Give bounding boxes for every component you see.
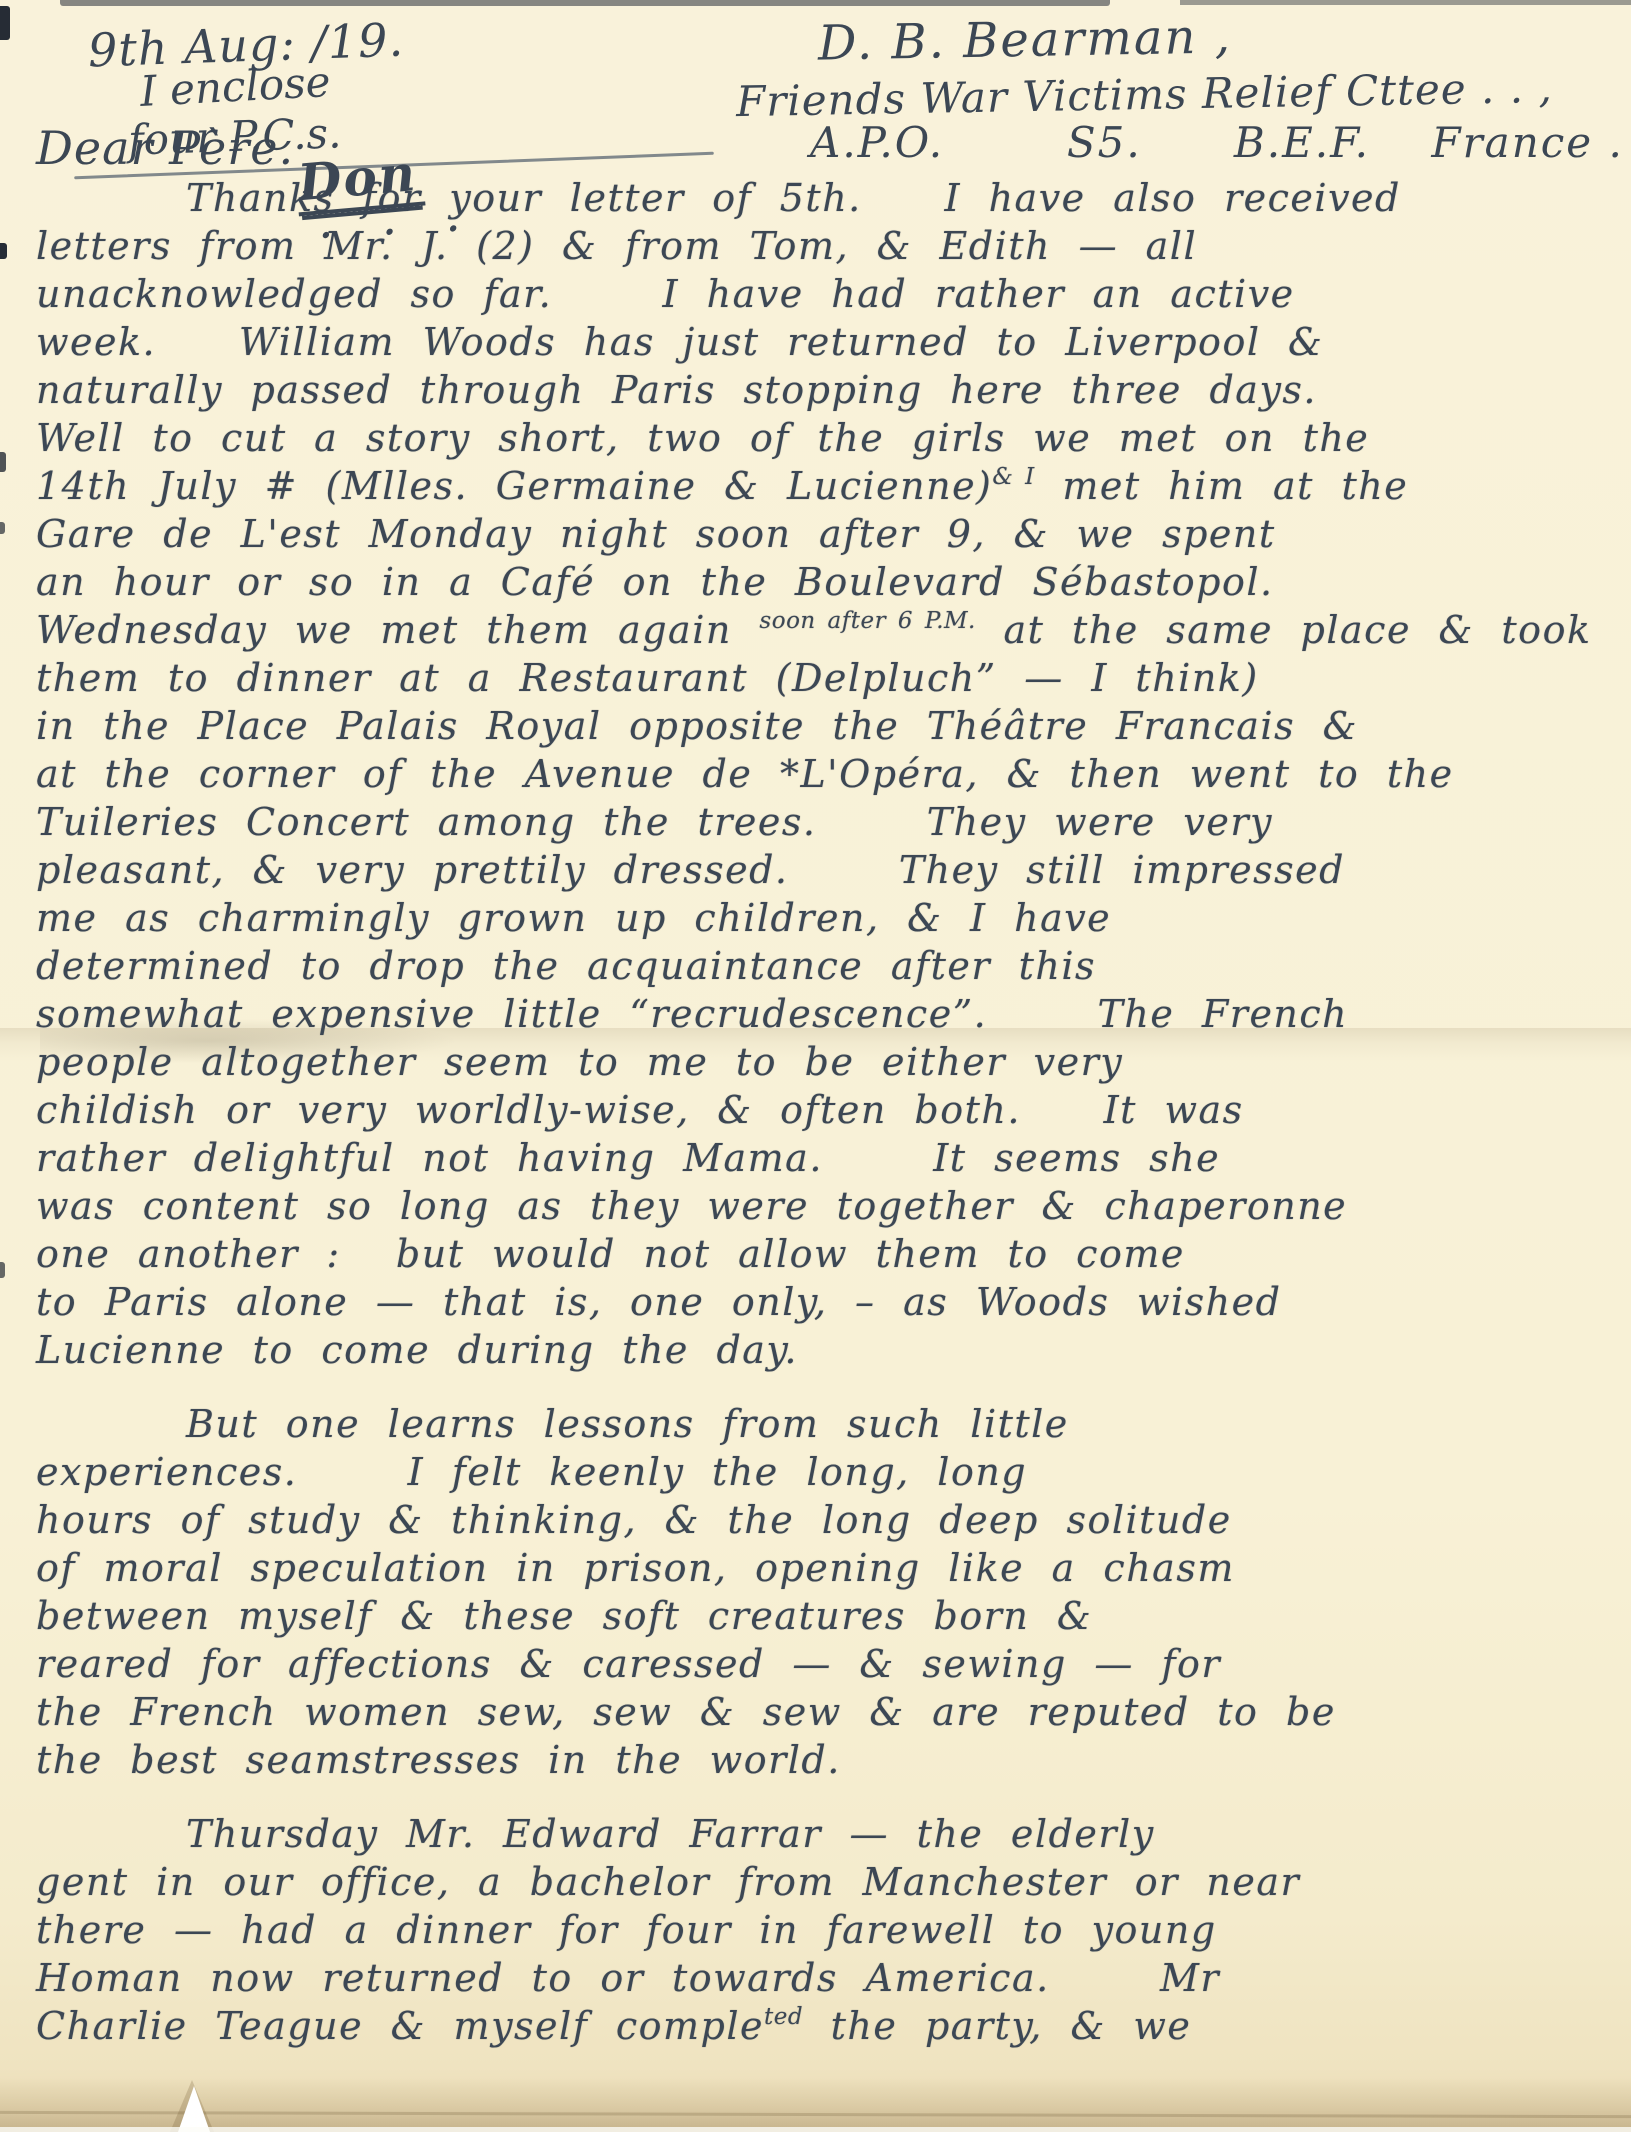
letter-line: Lucienne to come during the day. bbox=[36, 1326, 1631, 1374]
letter-line: Well to cut a story short, two of the gi… bbox=[36, 414, 1631, 462]
letter-text: Charlie Teague & myself comple bbox=[36, 2004, 764, 2048]
torn-notch bbox=[178, 2086, 210, 2132]
letter-text: at the same place & took bbox=[976, 608, 1592, 652]
letter-line: rather delightful not having Mama. It se… bbox=[36, 1134, 1631, 1182]
letter-text: 14th July # (Mlles. Germaine & Lucienne) bbox=[36, 464, 992, 508]
letter-text: week. William Woods has just returned to… bbox=[36, 320, 1323, 364]
interlinear-insertion: soon after 6 P.M. bbox=[759, 611, 975, 631]
letter-text: Thanks for your letter of 5th. I have al… bbox=[186, 176, 1401, 220]
letter-text: Thursday Mr. Edward Farrar — the elderly bbox=[186, 1812, 1155, 1856]
letter-line: somewhat expensive little “recrudescence… bbox=[36, 990, 1631, 1038]
letter-line: at the corner of the Avenue de *L'Opéra,… bbox=[36, 750, 1631, 798]
letter-text: Wednesday we met them again bbox=[36, 608, 759, 652]
letter-text: in the Place Palais Royal opposite the T… bbox=[36, 704, 1358, 748]
letter-text: rather delightful not having Mama. It se… bbox=[36, 1136, 1220, 1180]
letter-text: the French women sew, sew & sew & are re… bbox=[36, 1690, 1336, 1734]
letter-line: the best seamstresses in the world. bbox=[36, 1736, 1631, 1784]
letter-line: naturally passed through Paris stopping … bbox=[36, 366, 1631, 414]
letter-line: gent in our office, a bachelor from Manc… bbox=[36, 1858, 1631, 1906]
letter-text: there — had a dinner for four in farewel… bbox=[36, 1908, 1217, 1952]
scan-edge-artifact bbox=[0, 452, 6, 472]
enclosure-note-line: I enclose bbox=[139, 57, 332, 116]
letter-text: the party, & we bbox=[803, 2004, 1191, 2048]
letter-text: letters from Mr. J. (2) & from Tom, & Ed… bbox=[36, 224, 1197, 268]
letter-line: between myself & these soft creatures bo… bbox=[36, 1592, 1631, 1640]
letter-line: an hour or so in a Café on the Boulevard… bbox=[36, 558, 1631, 606]
letter-text: the best seamstresses in the world. bbox=[36, 1738, 841, 1782]
letter-text: Well to cut a story short, two of the gi… bbox=[36, 416, 1369, 460]
letter-text: unacknowledged so far. I have had rather… bbox=[36, 272, 1295, 316]
scan-edge-artifact bbox=[0, 1262, 5, 1278]
letter-text: naturally passed through Paris stopping … bbox=[36, 368, 1317, 412]
letter-page: 9th Aug: /19. I enclose four P.C.s. Don … bbox=[0, 0, 1631, 2132]
letter-text: pleasant, & very prettily dressed. They … bbox=[36, 848, 1345, 892]
letter-line: determined to drop the acquaintance afte… bbox=[36, 942, 1631, 990]
letter-line: the French women sew, sew & sew & are re… bbox=[36, 1688, 1631, 1736]
letter-line: unacknowledged so far. I have had rather… bbox=[36, 270, 1631, 318]
letter-line: Tuileries Concert among the trees. They … bbox=[36, 798, 1631, 846]
letter-line: of moral speculation in prison, opening … bbox=[36, 1544, 1631, 1592]
letter-text: Lucienne to come during the day. bbox=[36, 1328, 798, 1372]
letter-text: was content so long as they were togethe… bbox=[36, 1184, 1347, 1228]
interlinear-insertion: & I bbox=[992, 467, 1034, 487]
letter-line: experiences. I felt keenly the long, lon… bbox=[36, 1448, 1631, 1496]
letter-text: me as charmingly grown up children, & I … bbox=[36, 896, 1111, 940]
letter-line: 14th July # (Mlles. Germaine & Lucienne)… bbox=[36, 462, 1631, 510]
scan-background bbox=[0, 2127, 1631, 2132]
sender-name: D. B. Bearman , bbox=[818, 8, 1233, 71]
letter-line: in the Place Palais Royal opposite the T… bbox=[36, 702, 1631, 750]
letter-text: But one learns lessons from such little bbox=[186, 1402, 1069, 1446]
letter-paragraph: But one learns lessons from such littlee… bbox=[36, 1400, 1631, 1784]
letter-text: childish or very worldly-wise, & often b… bbox=[36, 1088, 1244, 1132]
scan-edge-artifact bbox=[0, 522, 5, 534]
letter-paragraph: Thursday Mr. Edward Farrar — the elderly… bbox=[36, 1810, 1631, 2050]
letter-text: to Paris alone — that is, one only, – as… bbox=[36, 1280, 1281, 1324]
letter-text: an hour or so in a Café on the Boulevard… bbox=[36, 560, 1274, 604]
letter-text: Tuileries Concert among the trees. They … bbox=[36, 800, 1273, 844]
scan-edge-artifact bbox=[1180, 0, 1631, 5]
letter-text: Homan now returned to or towards America… bbox=[36, 1956, 1220, 2000]
letter-line: week. William Woods has just returned to… bbox=[36, 318, 1631, 366]
letter-text: gent in our office, a bachelor from Manc… bbox=[36, 1860, 1300, 1904]
interlinear-insertion: ted bbox=[764, 2007, 803, 2027]
salutation: Dear Père. bbox=[36, 122, 1631, 174]
letter-line: them to dinner at a Restaurant (Delpluch… bbox=[36, 654, 1631, 702]
letter-line: Charlie Teague & myself completed the pa… bbox=[36, 2002, 1631, 2050]
letter-text: met him at the bbox=[1035, 464, 1408, 508]
sender-organisation: Friends War Victims Relief Cttee . . , bbox=[736, 63, 1553, 126]
letter-text: at the corner of the Avenue de *L'Opéra,… bbox=[36, 752, 1454, 796]
letter-text: them to dinner at a Restaurant (Delpluch… bbox=[36, 656, 1259, 700]
letter-line: But one learns lessons from such little bbox=[36, 1400, 1631, 1448]
letter-line: Gare de L'est Monday night soon after 9,… bbox=[36, 510, 1631, 558]
scan-edge-artifact bbox=[0, 6, 10, 40]
letter-line: to Paris alone — that is, one only, – as… bbox=[36, 1278, 1631, 1326]
letter-text: experiences. I felt keenly the long, lon… bbox=[36, 1450, 1027, 1494]
letter-text: between myself & these soft creatures bo… bbox=[36, 1594, 1092, 1638]
letter-text: one another : but would not allow them t… bbox=[36, 1232, 1185, 1276]
letter-line: Homan now returned to or towards America… bbox=[36, 1954, 1631, 2002]
letter-line: childish or very worldly-wise, & often b… bbox=[36, 1086, 1631, 1134]
letter-text: Gare de L'est Monday night soon after 9,… bbox=[36, 512, 1276, 556]
letter-paragraph: Thanks for your letter of 5th. I have al… bbox=[36, 174, 1631, 1374]
letter-line: pleasant, & very prettily dressed. They … bbox=[36, 846, 1631, 894]
letter-text: somewhat expensive little “recrudescence… bbox=[36, 992, 1348, 1036]
letter-line: Wednesday we met them again soon after 6… bbox=[36, 606, 1631, 654]
scan-edge-artifact bbox=[0, 243, 7, 259]
letter-line: hours of study & thinking, & the long de… bbox=[36, 1496, 1631, 1544]
letter-line: was content so long as they were togethe… bbox=[36, 1182, 1631, 1230]
scan-edge-artifact bbox=[60, 0, 1110, 6]
letter-line: there — had a dinner for four in farewel… bbox=[36, 1906, 1631, 1954]
torn-bottom-shadow bbox=[0, 2078, 1631, 2132]
letter-text: determined to drop the acquaintance afte… bbox=[36, 944, 1096, 988]
letter-line: Thursday Mr. Edward Farrar — the elderly bbox=[36, 1810, 1631, 1858]
letter-text: hours of study & thinking, & the long de… bbox=[36, 1498, 1232, 1542]
letter-line: one another : but would not allow them t… bbox=[36, 1230, 1631, 1278]
letter-line: people altogether seem to me to be eithe… bbox=[36, 1038, 1631, 1086]
letter-body: Dear Père. Thanks for your letter of 5th… bbox=[36, 122, 1631, 2050]
letter-text: reared for affections & caressed — & sew… bbox=[36, 1642, 1221, 1686]
letter-text: people altogether seem to me to be eithe… bbox=[36, 1040, 1123, 1084]
letter-line: letters from Mr. J. (2) & from Tom, & Ed… bbox=[36, 222, 1631, 270]
letter-line: reared for affections & caressed — & sew… bbox=[36, 1640, 1631, 1688]
letter-text: of moral speculation in prison, opening … bbox=[36, 1546, 1235, 1590]
letter-line: me as charmingly grown up children, & I … bbox=[36, 894, 1631, 942]
letter-line: Thanks for your letter of 5th. I have al… bbox=[36, 174, 1631, 222]
